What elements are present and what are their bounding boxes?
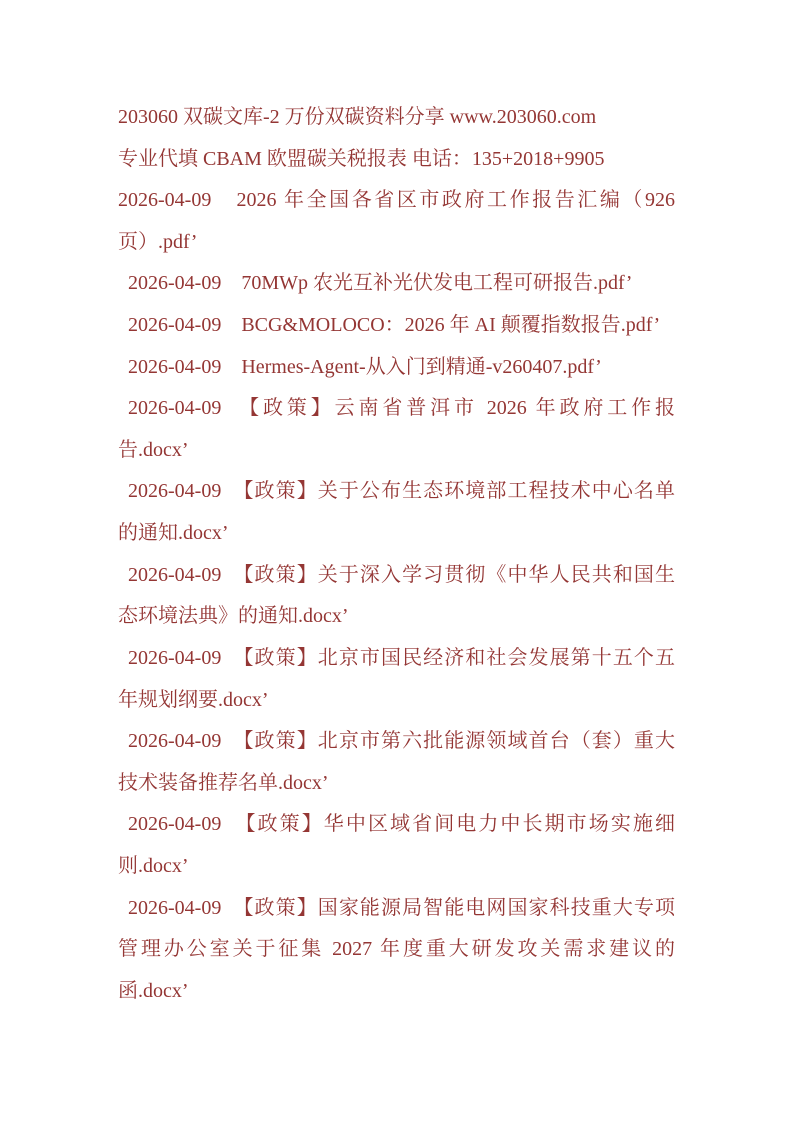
document-line: 2026-04-09 70MWp 农光互补光伏发电工程可研报告.pdf’ [118, 263, 675, 305]
document-line: 的通知.docx’ [118, 513, 675, 555]
document-line: 2026-04-09 2026 年全国各省区市政府工作报告汇编（926 [118, 180, 675, 222]
document-line: 管理办公室关于征集 2027 年度重大研发攻关需求建议的 [118, 929, 675, 971]
document-line: 203060 双碳文库-2 万份双碳资料分享 www.203060.com [118, 97, 675, 139]
document-line: 2026-04-09 【政策】国家能源局智能电网国家科技重大专项 [118, 888, 675, 930]
document-line: 2026-04-09 BCG&MOLOCO：2026 年 AI 颠覆指数报告.p… [118, 305, 675, 347]
document-line: 页）.pdf’ [118, 222, 675, 264]
document-line: 2026-04-09 【政策】关于深入学习贯彻《中华人民共和国生 [118, 555, 675, 597]
document-line: 2026-04-09 Hermes-Agent-从入门到精通-v260407.p… [118, 347, 675, 389]
document-line: 2026-04-09 【政策】华中区域省间电力中长期市场实施细 [118, 804, 675, 846]
document-line: 告.docx’ [118, 430, 675, 472]
document-line: 专业代填 CBAM 欧盟碳关税报表 电话：135+2018+9905 [118, 139, 675, 181]
document-line: 2026-04-09 【政策】北京市国民经济和社会发展第十五个五 [118, 638, 675, 680]
document-page: 203060 双碳文库-2 万份双碳资料分享 www.203060.com专业代… [0, 0, 793, 1122]
document-line: 技术装备推荐名单.docx’ [118, 763, 675, 805]
document-line: 2026-04-09 【政策】北京市第六批能源领域首台（套）重大 [118, 721, 675, 763]
document-line: 年规划纲要.docx’ [118, 680, 675, 722]
document-line: 2026-04-09 【政策】关于公布生态环境部工程技术中心名单 [118, 471, 675, 513]
document-line: 函.docx’ [118, 971, 675, 1013]
document-body: 203060 双碳文库-2 万份双碳资料分享 www.203060.com专业代… [118, 97, 675, 1012]
document-line: 2026-04-09 【政策】云南省普洱市 2026 年政府工作报 [118, 388, 675, 430]
document-line: 则.docx’ [118, 846, 675, 888]
document-line: 态环境法典》的通知.docx’ [118, 596, 675, 638]
